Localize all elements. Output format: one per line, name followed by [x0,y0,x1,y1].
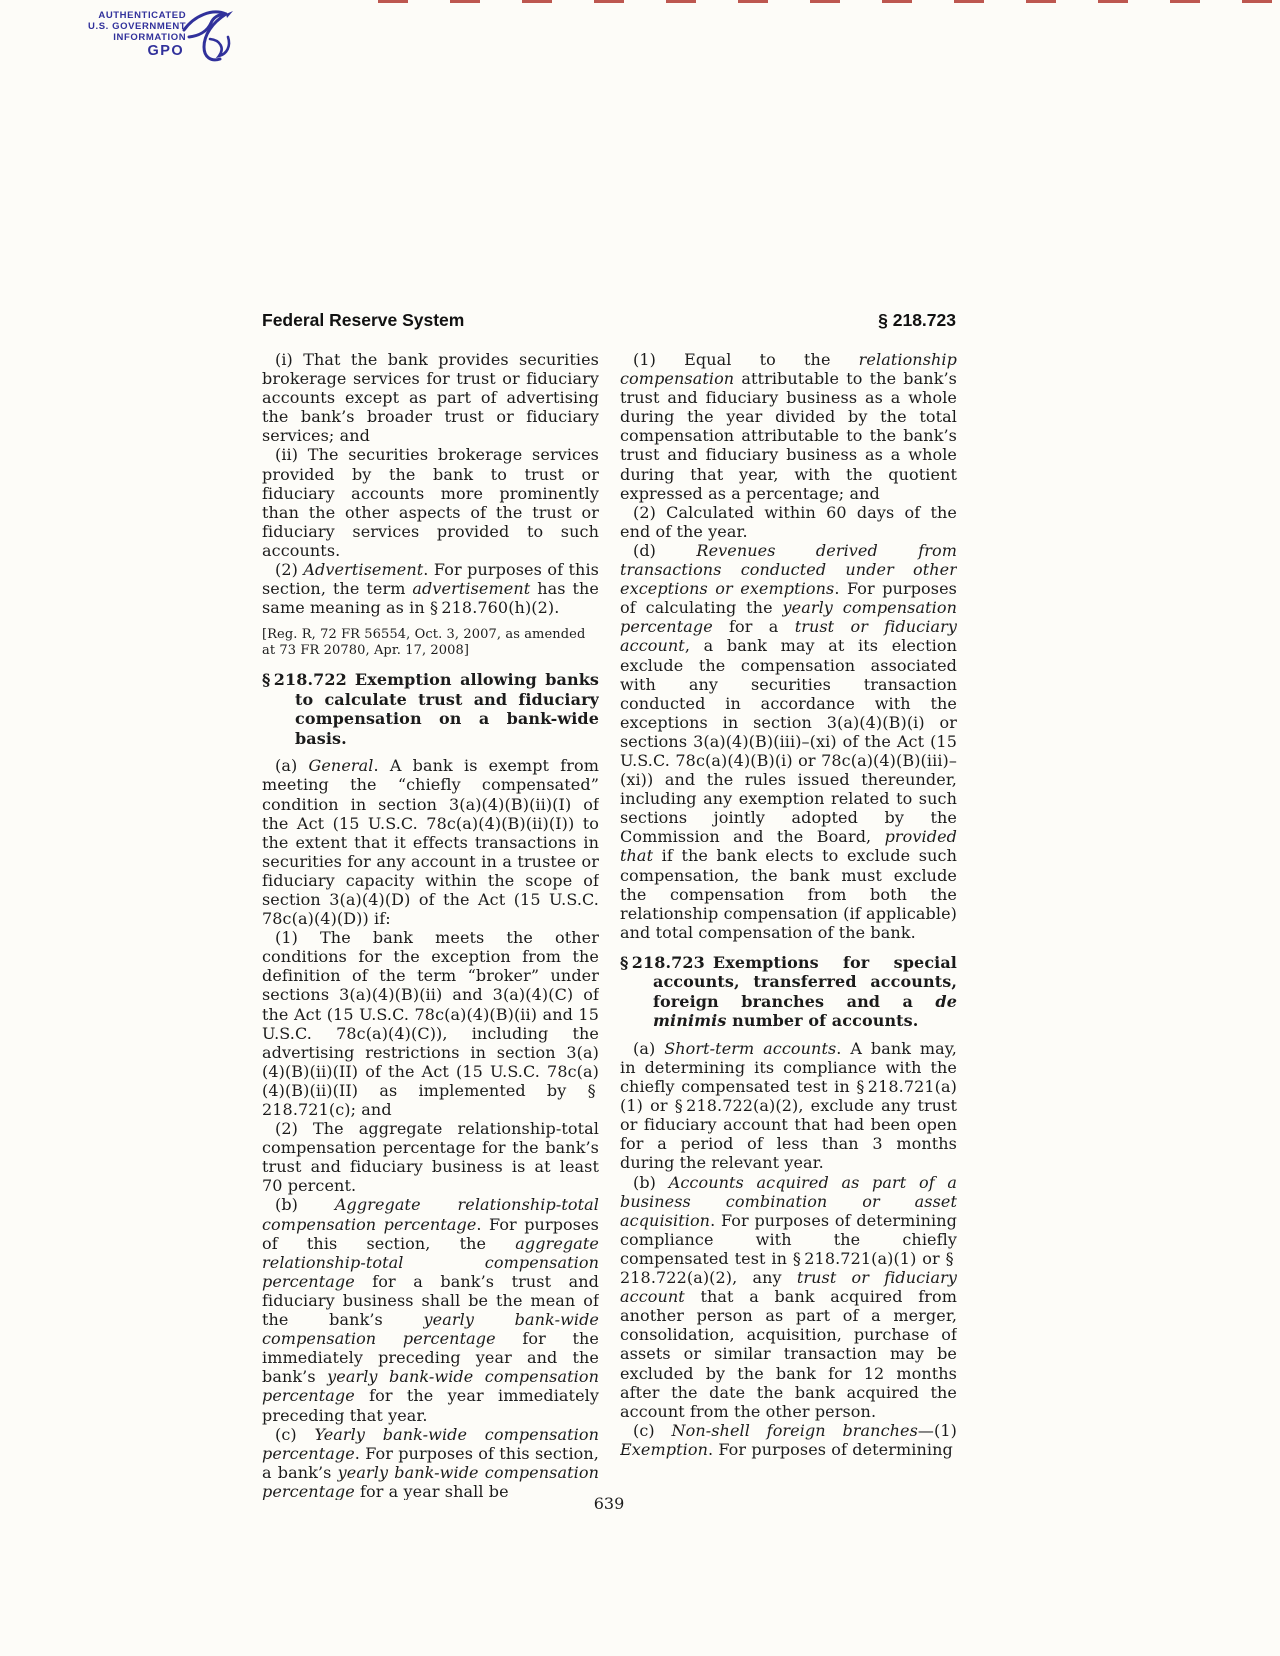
gpo-logo-line: U.S. GOVERNMENT [88,21,186,32]
body-paragraph: (c) Yearly bank-wide compensation percen… [262,1425,599,1500]
body-paragraph: (b) Accounts acquired as part of a busin… [620,1173,957,1421]
body-paragraph: (2) The aggregate relationship-total com… [262,1119,599,1195]
body-paragraph: (i) That the bank provides securities br… [262,350,599,445]
gpo-logo-line: AUTHENTICATED [88,10,186,21]
body-paragraph: (2) Advertisement. For purposes of this … [262,560,599,617]
running-head-section: § 218.723 [878,310,956,331]
body-paragraph: (1) The bank meets the other conditions … [262,928,599,1119]
gpo-logo-line: INFORMATION [88,32,186,43]
body-paragraph: (d) Revenues derived from transactions c… [620,541,957,942]
body-paragraph: (a) Short-term accounts. A bank may, in … [620,1039,957,1173]
left-column: (i) That the bank provides securities br… [262,350,599,1500]
body-paragraph: (a) General. A bank is exempt from meeti… [262,756,599,928]
body-paragraph: (c) Non-shell foreign branches—(1) Exemp… [620,1421,957,1459]
running-head: Federal Reserve System § 218.723 [262,310,956,331]
page-number: 639 [262,1494,956,1513]
gpo-logo-text: AUTHENTICATED U.S. GOVERNMENT INFORMATIO… [88,6,186,57]
body-paragraph: (1) Equal to the relationship compensati… [620,350,957,503]
body-paragraph: (b) Aggregate relationship-total compens… [262,1195,599,1424]
running-head-title: Federal Reserve System [262,310,464,331]
gpo-authentication-logo: AUTHENTICATED U.S. GOVERNMENT INFORMATIO… [88,6,236,72]
section-heading: § 218.723 Exemptions for special account… [620,953,957,1031]
gpo-abbr: GPO [88,46,186,57]
section-heading: § 218.722 Exemption allowing banks to ca… [262,670,599,748]
body-paragraph: (2) Calculated within 60 days of the end… [620,503,957,541]
body-paragraph: (ii) The securities brokerage services p… [262,445,599,560]
citation-note: [Reg. R, 72 FR 56554, Oct. 3, 2007, as a… [262,627,599,659]
right-column: (1) Equal to the relationship compensati… [620,350,957,1500]
scan-artifact-marks [378,0,1280,3]
gpo-eagle-icon [180,6,236,72]
